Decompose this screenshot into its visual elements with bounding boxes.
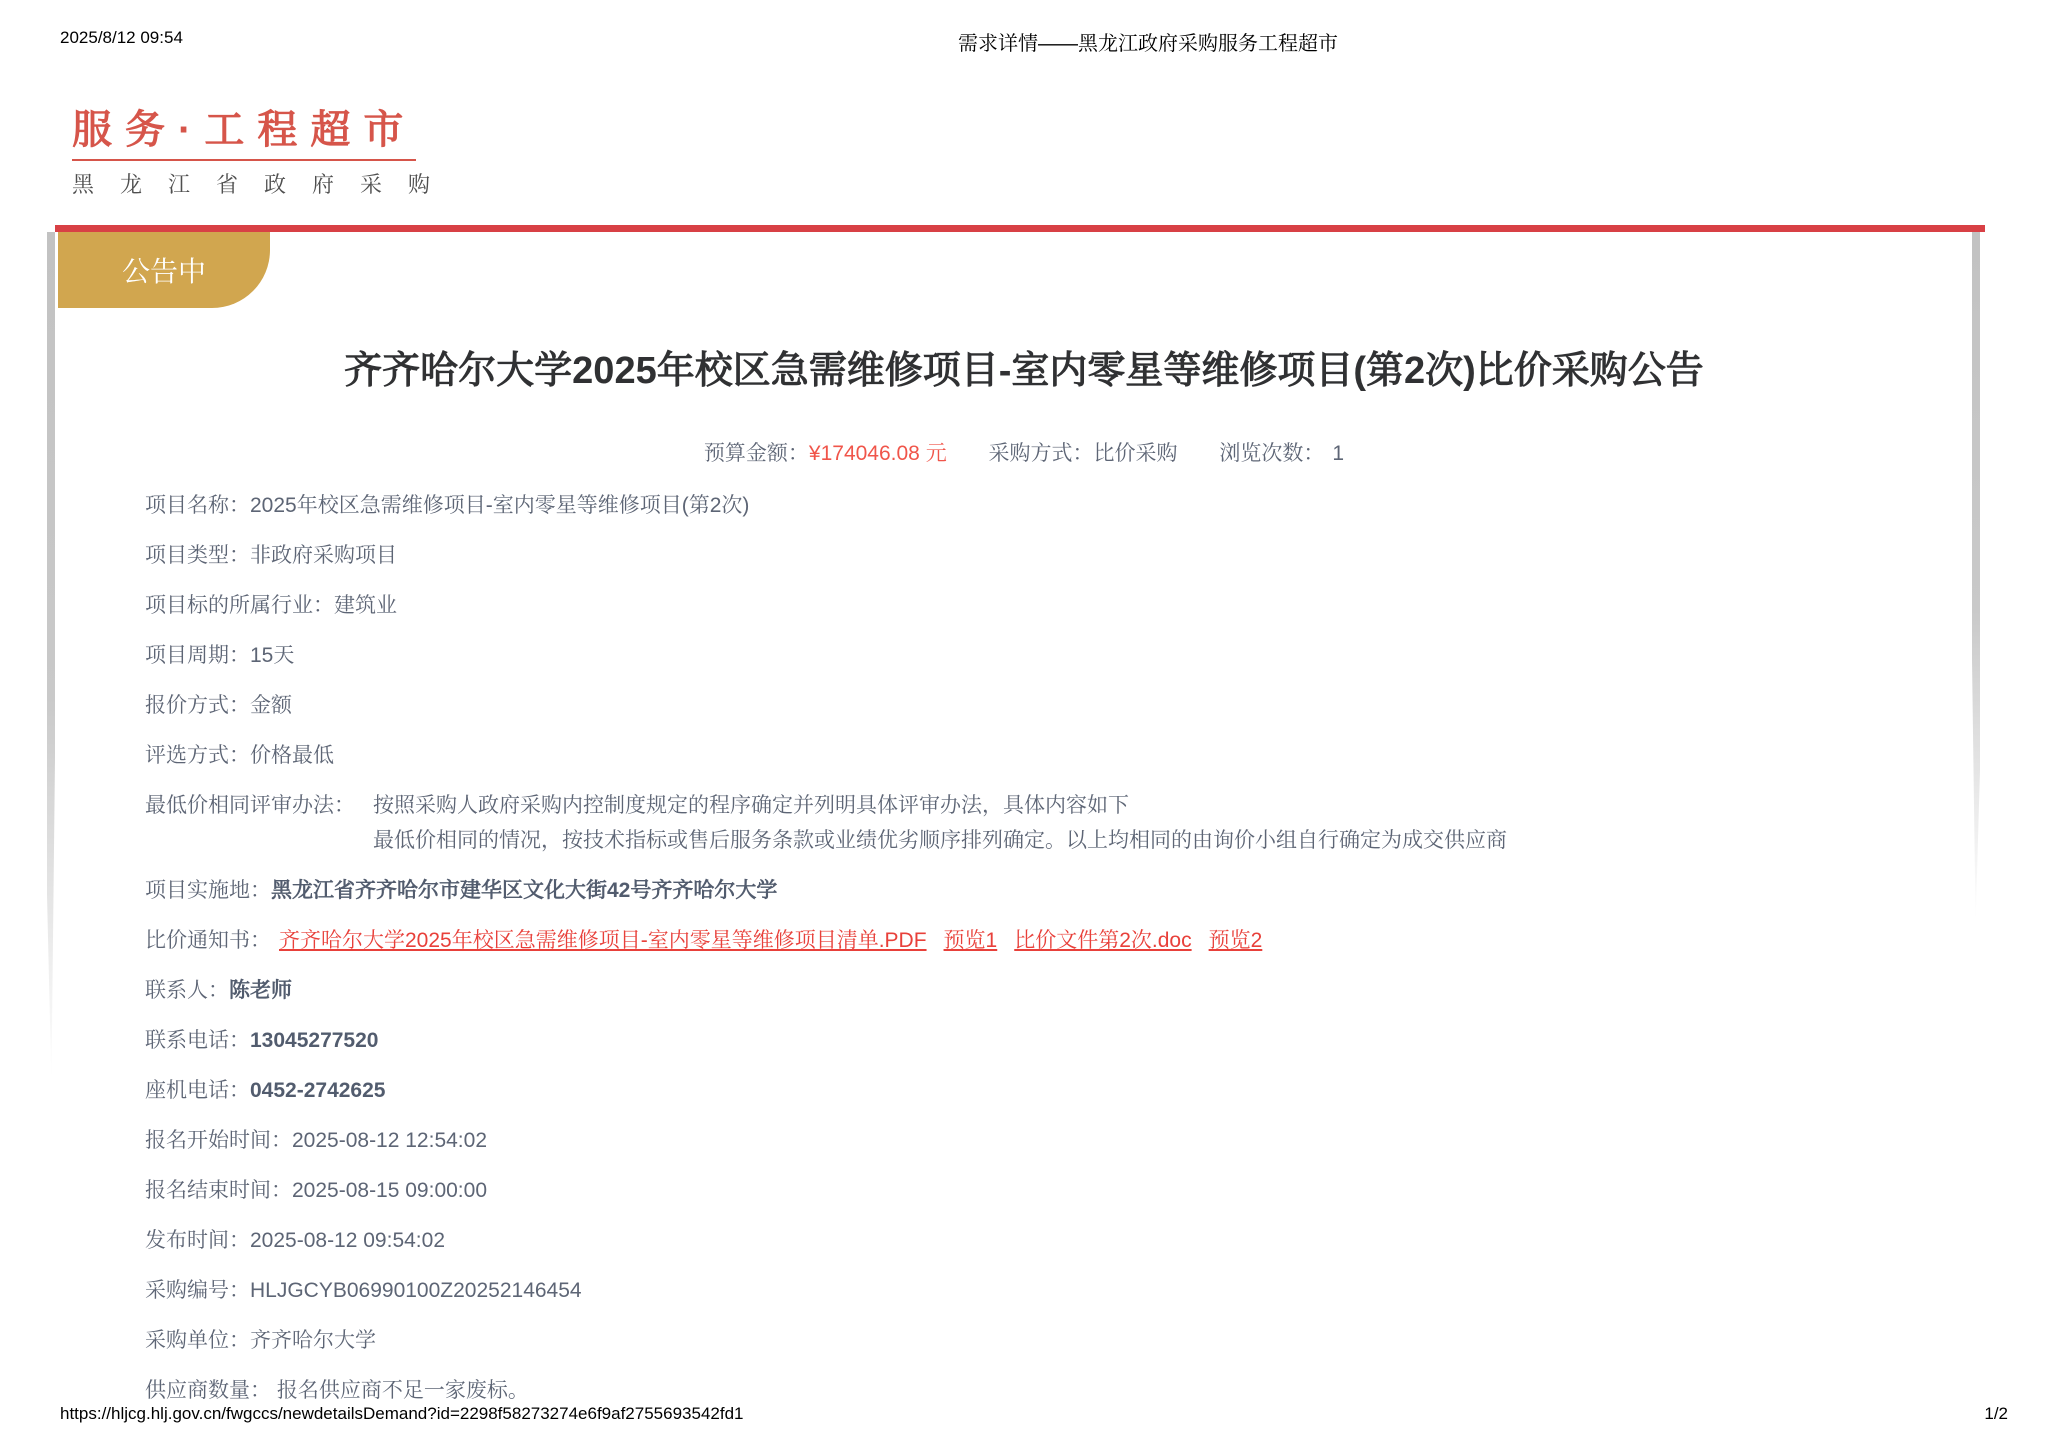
field-value: HLJGCYB06990100Z20252146454 [250, 1279, 582, 1302]
card-left-shadow [47, 232, 55, 1082]
field-row: 供应商数量： 报名供应商不足一家废标。 [145, 1379, 1935, 1402]
print-header-title: 需求详情——黑龙江政府采购服务工程超市 [958, 27, 1338, 56]
field-row: 项目类型：非政府采购项目 [145, 544, 1935, 567]
field-label: 采购编号： [145, 1279, 250, 1302]
field-row: 发布时间：2025-08-12 09:54:02 [145, 1229, 1935, 1252]
attachment-link[interactable]: 比价文件第2次.doc [1014, 929, 1191, 952]
field-label: 项目名称： [145, 494, 250, 517]
field-value: 陈老师 [229, 979, 292, 1002]
field-label: 评选方式： [145, 744, 250, 767]
field-value: 报名供应商不足一家废标。 [271, 1379, 529, 1402]
logo-sub-text: 黑龙江省政府采购 [72, 174, 456, 196]
field-value: 2025-08-12 12:54:02 [292, 1129, 487, 1152]
attachment-link[interactable]: 预览2 [1209, 929, 1263, 952]
field-label: 最低价相同评审办法： [145, 794, 355, 817]
field-value: 价格最低 [250, 744, 334, 767]
field-value: 0452-2742625 [250, 1079, 385, 1102]
field-value: 黑龙江省齐齐哈尔市建华区文化大街42号齐齐哈尔大学 [271, 879, 777, 902]
print-page-number: 1/2 [1984, 1404, 2008, 1424]
field-label: 项目标的所属行业： [145, 594, 334, 617]
field-value: 15天 [250, 644, 294, 667]
site-logo: 服务·工程超市 黑龙江省政府采购 [72, 110, 456, 196]
field-row: 项目标的所属行业：建筑业 [145, 594, 1935, 617]
budget-amount: ¥174046.08 元 [809, 442, 947, 465]
print-footer-url: https://hljcg.hlj.gov.cn/fwgccs/newdetai… [60, 1404, 744, 1424]
field-value-line: 按照采购人政府采购内控制度规定的程序确定并列明具体评审办法，具体内容如下 [373, 794, 1507, 817]
field-row: 采购编号：HLJGCYB06990100Z20252146454 [145, 1279, 1935, 1302]
field-row: 报价方式：金额 [145, 694, 1935, 717]
field-row: 联系电话：13045277520 [145, 1029, 1935, 1052]
field-value: 建筑业 [334, 594, 397, 617]
field-label: 项目实施地： [145, 879, 271, 902]
field-value: 齐齐哈尔大学 [250, 1329, 376, 1352]
budget-label: 预算金额： [704, 442, 809, 465]
status-badge: 公告中 [58, 232, 270, 308]
field-label: 报名结束时间： [145, 1179, 292, 1202]
method-value: 比价采购 [1094, 442, 1178, 465]
field-row: 项目名称：2025年校区急需维修项目-室内零星等维修项目(第2次) [145, 494, 1935, 517]
field-row: 采购单位：齐齐哈尔大学 [145, 1329, 1935, 1352]
field-row: 报名结束时间：2025-08-15 09:00:00 [145, 1179, 1935, 1202]
field-row: 比价通知书：齐齐哈尔大学2025年校区急需维修项目-室内零星等维修项目清单.PD… [145, 929, 1935, 952]
field-label: 项目周期： [145, 644, 250, 667]
field-row: 最低价相同评审办法：按照采购人政府采购内控制度规定的程序确定并列明具体评审办法，… [145, 794, 1935, 852]
logo-main-text: 服务·工程超市 [72, 110, 416, 161]
field-value: 按照采购人政府采购内控制度规定的程序确定并列明具体评审办法，具体内容如下最低价相… [373, 794, 1507, 852]
attachment-links: 齐齐哈尔大学2025年校区急需维修项目-室内零星等维修项目清单.PDF预览1比价… [279, 929, 1262, 952]
field-row: 项目实施地：黑龙江省齐齐哈尔市建华区文化大街42号齐齐哈尔大学 [145, 879, 1935, 902]
field-label: 联系电话： [145, 1029, 250, 1052]
attachment-link[interactable]: 预览1 [944, 929, 998, 952]
header-divider-rule [55, 225, 1985, 232]
field-label: 联系人： [145, 979, 229, 1002]
details-list: 项目名称：2025年校区急需维修项目-室内零星等维修项目(第2次)项目类型：非政… [145, 494, 1935, 1429]
card-right-shadow [1972, 232, 1980, 922]
method-label: 采购方式： [989, 442, 1094, 465]
field-row: 评选方式：价格最低 [145, 744, 1935, 767]
field-value: 非政府采购项目 [250, 544, 397, 567]
field-label: 比价通知书： [145, 929, 271, 952]
field-label: 报价方式： [145, 694, 250, 717]
field-label: 供应商数量： [145, 1379, 271, 1402]
field-label: 座机电话： [145, 1079, 250, 1102]
field-value: 2025-08-15 09:00:00 [292, 1179, 487, 1202]
views-label: 浏览次数： [1219, 442, 1324, 465]
field-label: 采购单位： [145, 1329, 250, 1352]
field-label: 发布时间： [145, 1229, 250, 1252]
field-row: 联系人：陈老师 [145, 979, 1935, 1002]
printed-page: 2025/8/12 09:54 需求详情——黑龙江政府采购服务工程超市 服务·工… [0, 0, 2048, 1447]
field-value-line: 最低价相同的情况，按技术指标或售后服务条款或业绩优劣顺序排列确定。以上均相同的由… [373, 829, 1507, 852]
field-value: 13045277520 [250, 1029, 378, 1052]
field-row: 报名开始时间：2025-08-12 12:54:02 [145, 1129, 1935, 1152]
method-group: 采购方式：比价采购 [989, 442, 1178, 465]
budget-group: 预算金额：¥174046.08 元 [704, 442, 947, 465]
field-row: 项目周期：15天 [145, 644, 1935, 667]
summary-line: 预算金额：¥174046.08 元 采购方式：比价采购 浏览次数：1 [150, 437, 1898, 467]
views-count: 1 [1332, 442, 1344, 465]
print-datetime: 2025/8/12 09:54 [60, 28, 183, 48]
field-value: 金额 [250, 694, 292, 717]
views-group: 浏览次数：1 [1219, 442, 1344, 465]
field-label: 报名开始时间： [145, 1129, 292, 1152]
field-value: 2025-08-12 09:54:02 [250, 1229, 445, 1252]
field-label: 项目类型： [145, 544, 250, 567]
field-row: 座机电话：0452-2742625 [145, 1079, 1935, 1102]
field-value: 2025年校区急需维修项目-室内零星等维修项目(第2次) [250, 494, 749, 517]
announcement-title: 齐齐哈尔大学2025年校区急需维修项目-室内零星等维修项目(第2次)比价采购公告 [150, 350, 1898, 394]
attachment-link[interactable]: 齐齐哈尔大学2025年校区急需维修项目-室内零星等维修项目清单.PDF [279, 929, 927, 952]
